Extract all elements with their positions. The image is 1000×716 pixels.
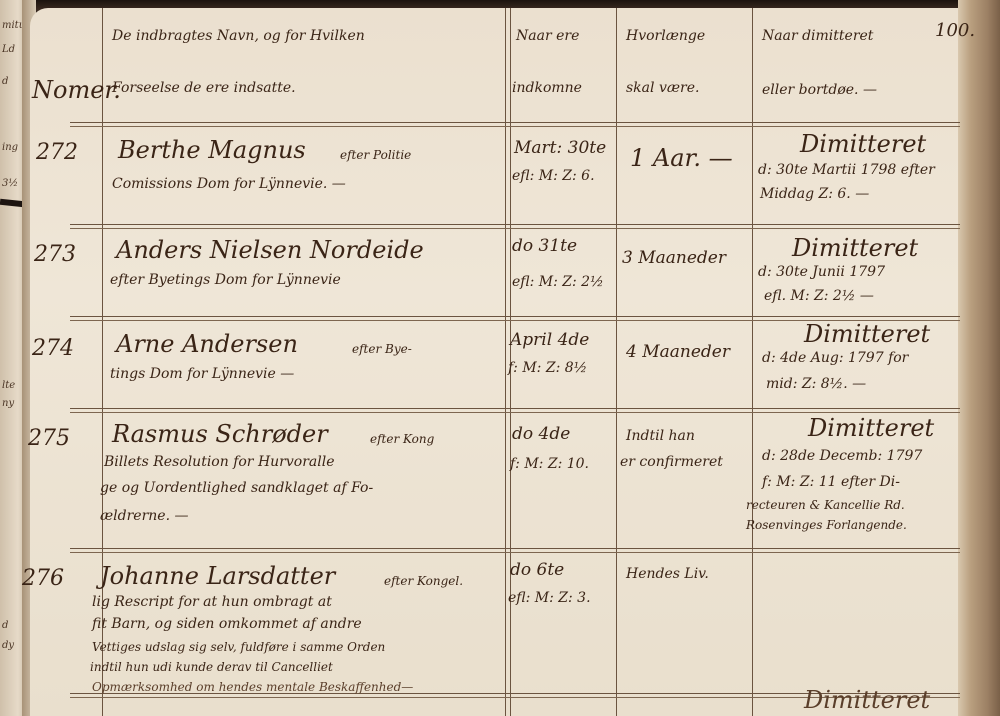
entry-name: Anders Nielsen Nordeide xyxy=(116,236,424,264)
header-dismissed-line2: eller bortdøe. — xyxy=(762,82,877,98)
header-dismissed-line1: Naar dimitteret xyxy=(762,28,873,44)
header-duration-line1: Hvorlænge xyxy=(626,28,705,44)
entry-dismissed-detail: d: 28de Decemb: 1797 xyxy=(762,448,922,464)
entry-description: fit Barn, og siden omkommet af andre xyxy=(92,616,362,632)
entry-name: Berthe Magnus xyxy=(118,136,306,164)
entry-arrived-time: f: M: Z: 8½ xyxy=(508,360,587,376)
entry-description: ge og Uordentlighed sandklaget af Fo- xyxy=(100,480,373,496)
row-rule xyxy=(70,224,960,229)
entry-description: ældrerne. — xyxy=(100,508,188,524)
entry-arrived: Mart: 30te xyxy=(514,138,606,158)
entry-description: tings Dom for Lÿnnevie — xyxy=(110,366,294,382)
entry-dismissed-title: Dimitteret xyxy=(792,234,918,262)
entry-dismissed-title: Dimitteret xyxy=(804,320,930,348)
row-rule xyxy=(70,548,960,553)
entry-name: Arne Andersen xyxy=(116,330,298,358)
entry-name: Rasmus Schrøder xyxy=(112,420,328,448)
entry-dismissed-detail: Rosenvinges Forlangende. xyxy=(746,518,907,532)
row-rule xyxy=(70,122,960,127)
entry-dismissed-detail: Middag Z: 6. — xyxy=(760,186,869,202)
entry-duration: 3 Maaneder xyxy=(622,248,726,268)
entry-description: Opmærksomhed om hendes mentale Beskaffen… xyxy=(92,680,413,694)
column-rule-duration xyxy=(752,8,753,716)
header-name-line1: De indbragtes Navn, og for Hvilken xyxy=(112,28,365,44)
entry-duration: er confirmeret xyxy=(620,454,723,470)
entry-dismissed-detail: d: 30te Martii 1798 efter xyxy=(758,162,935,178)
entry-description: efter Politie xyxy=(340,148,411,162)
entry-number: 273 xyxy=(34,242,76,267)
entry-arrived: do 31te xyxy=(512,236,577,256)
header-arrived-line2: indkomne xyxy=(512,80,582,96)
bookmark-ribbon xyxy=(0,199,24,207)
entry-description: lig Rescript for at hun ombragt at xyxy=(92,594,332,610)
entry-dismissed-title: Dimitteret xyxy=(804,686,930,714)
header-nomer: Nomer. xyxy=(32,76,121,104)
entry-arrived-time: f: M: Z: 10. xyxy=(510,456,589,472)
entry-arrived: do 4de xyxy=(512,424,570,444)
entry-number: 272 xyxy=(36,140,78,165)
entry-arrived-time: efl: M: Z: 2½ xyxy=(512,274,604,290)
row-rule xyxy=(70,408,960,413)
entry-description: Comissions Dom for Lÿnnevie. — xyxy=(112,176,346,192)
entry-arrived: do 6te xyxy=(510,560,564,580)
entry-number: 276 xyxy=(22,566,64,591)
entry-name: Johanne Larsdatter xyxy=(100,562,335,590)
entry-description: indtil hun udi kunde derav til Cancellie… xyxy=(90,660,333,674)
header-arrived-line1: Naar ere xyxy=(516,28,579,44)
entry-dismissed-title: Dimitteret xyxy=(800,130,926,158)
entry-duration: Hendes Liv. xyxy=(626,566,709,582)
entry-description: efter Byetings Dom for Lÿnnevie xyxy=(110,272,341,288)
entry-dismissed-detail: d: 30te Junii 1797 xyxy=(758,264,885,280)
entry-arrived-time: efl: M: Z: 6. xyxy=(512,168,595,184)
entry-description: efter Kong xyxy=(370,432,434,446)
entry-dismissed-detail: f: M: Z: 11 efter Di- xyxy=(762,474,900,490)
entry-number: 275 xyxy=(28,426,70,451)
entry-dismissed-detail: efl. M: Z: 2½ — xyxy=(764,288,874,304)
column-rule-arrived xyxy=(616,8,617,716)
entry-duration: Indtil han xyxy=(626,428,695,444)
entry-dismissed-detail: mid: Z: 8½. — xyxy=(766,376,866,392)
header-duration-line2: skal være. xyxy=(626,80,699,96)
entry-description: efter Bye- xyxy=(352,342,412,356)
entry-arrived-time: efl: M: Z: 3. xyxy=(508,590,591,606)
book-page-edges xyxy=(958,0,1000,716)
entry-duration: 1 Aar. — xyxy=(630,144,733,172)
entry-description: Billets Resolution for Hurvoralle xyxy=(104,454,335,470)
entry-arrived: April 4de xyxy=(510,330,589,350)
page-number: 100. xyxy=(935,20,975,41)
entry-description: efter Kongel. xyxy=(384,574,463,588)
entry-dismissed-detail: recteuren & Kancellie Rd. xyxy=(746,498,905,512)
header-name-line2: Forseelse de ere indsatte. xyxy=(112,80,296,96)
entry-description: Vettiges udslag sig selv, fuldføre i sam… xyxy=(92,640,385,654)
entry-number: 274 xyxy=(32,336,74,361)
entry-dismissed-title: Dimitteret xyxy=(808,414,934,442)
entry-dismissed-detail: d: 4de Aug: 1797 for xyxy=(762,350,908,366)
entry-duration: 4 Maaneder xyxy=(626,342,730,362)
